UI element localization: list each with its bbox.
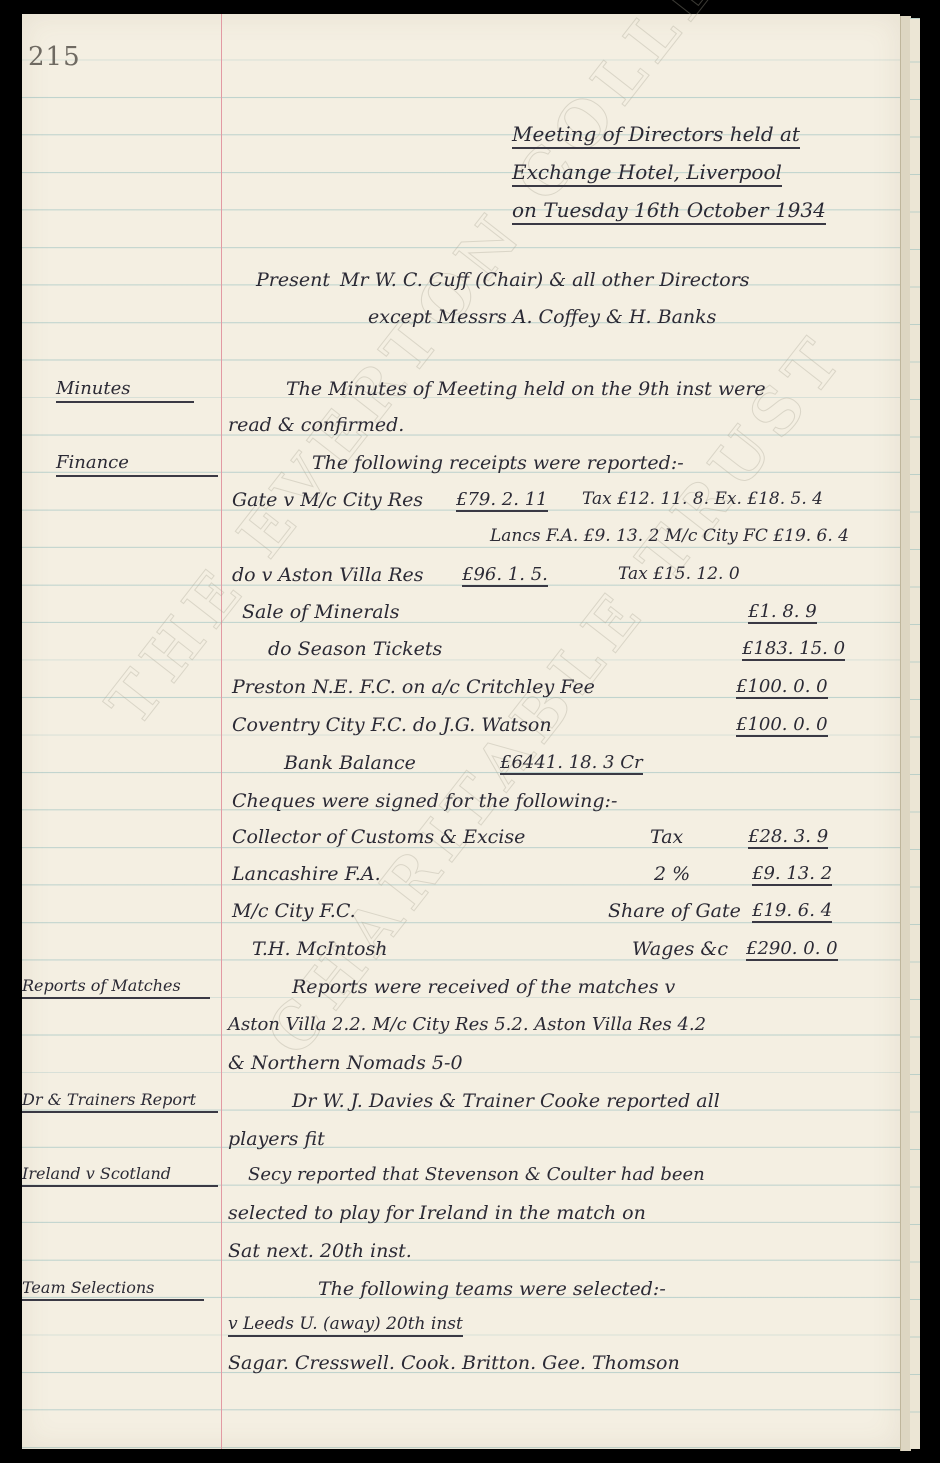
bank-balance-value: £6441. 18. 3 Cr [500, 752, 643, 773]
cheque-payee: T.H. McIntosh [252, 938, 387, 960]
cheque-amount: £19. 6. 4 [752, 900, 832, 921]
bank-balance-label: Bank Balance [284, 752, 416, 774]
margin-rule [221, 14, 222, 1449]
minutes-line2: read & confirmed. [228, 414, 404, 436]
cheque-purpose: Share of Gate [608, 900, 741, 922]
heading-team-selections: Team Selections [22, 1278, 204, 1301]
receipt-extra: Tax £15. 12. 0 [618, 564, 740, 584]
watermark-line1: THE EVERTON COLLECTION [92, 0, 912, 739]
receipt-desc: do Season Tickets [268, 638, 442, 660]
ireland-line2: selected to play for Ireland in the matc… [228, 1202, 646, 1224]
ireland-line1: Secy reported that Stevenson & Coulter h… [248, 1164, 705, 1185]
cheque-amount: £28. 3. 9 [748, 826, 828, 847]
fixture-leeds: v Leeds U. (away) 20th inst [228, 1314, 463, 1337]
heading-minutes: Minutes [56, 378, 194, 403]
present-label: Present [256, 269, 330, 291]
team-players: Sagar. Cresswell. Cook. Britton. Gee. Th… [228, 1352, 680, 1374]
cheque-amount: £290. 0. 0 [746, 938, 838, 959]
dr-report-line1: Dr W. J. Davies & Trainer Cooke reported… [292, 1090, 720, 1112]
next-page-edge [910, 18, 920, 1449]
receipt-desc: Preston N.E. F.C. on a/c Critchley Fee [232, 676, 595, 698]
reports-line2: Aston Villa 2.2. M/c City Res 5.2. Aston… [228, 1014, 706, 1035]
receipt-amount: £79. 2. 11 [456, 489, 548, 510]
heading-finance: Finance [56, 452, 218, 477]
meeting-title-line2: Exchange Hotel, Liverpool [512, 160, 782, 187]
dr-report-line2: players fit [228, 1128, 325, 1150]
ireland-line3: Sat next. 20th inst. [228, 1240, 412, 1262]
reports-line1: Reports were received of the matches v [292, 976, 675, 998]
receipt-desc: Gate v M/c City Res [232, 489, 423, 511]
heading-reports-of-matches: Reports of Matches [22, 976, 210, 999]
cheque-purpose: Tax [650, 826, 683, 848]
receipt-desc: Coventry City F.C. do J.G. Watson [232, 714, 552, 736]
cheque-purpose: 2 % [654, 863, 690, 885]
receipt-amount: £100. 0. 0 [736, 676, 828, 697]
receipt-amount: £183. 15. 0 [742, 638, 845, 659]
receipt-desc: do v Aston Villa Res [232, 564, 424, 586]
meeting-title-line3: on Tuesday 16th October 1934 [512, 198, 826, 225]
receipt-extra: Tax £12. 11. 8. Ex. £18. 5. 4 [582, 489, 823, 509]
team-selections-intro: The following teams were selected:- [318, 1278, 666, 1300]
receipt-amount: £100. 0. 0 [736, 714, 828, 735]
meeting-title-line1: Meeting of Directors held at [512, 122, 800, 149]
heading-dr-trainers-report: Dr & Trainers Report [22, 1090, 218, 1113]
receipt-extra: Lancs F.A. £9. 13. 2 M/c City FC £19. 6.… [490, 526, 849, 546]
ledger-page: THE EVERTON COLLECTION CHARITABLE TRUST … [22, 14, 900, 1449]
cheque-payee: M/c City F.C. [232, 900, 356, 922]
present-line1: Mr W. C. Cuff (Chair) & all other Direct… [340, 269, 750, 291]
cheque-amount: £9. 13. 2 [752, 863, 832, 884]
minutes-line1: The Minutes of Meeting held on the 9th i… [286, 378, 766, 400]
cheque-payee: Collector of Customs & Excise [232, 826, 525, 848]
reports-line3: & Northern Nomads 5-0 [228, 1052, 463, 1074]
cheque-purpose: Wages &c [632, 938, 728, 960]
receipt-amount: £96. 1. 5. [462, 564, 548, 585]
heading-ireland-v-scotland: Ireland v Scotland [22, 1164, 218, 1187]
cheque-payee: Lancashire F.A. [232, 863, 381, 885]
receipt-desc: Sale of Minerals [242, 601, 399, 623]
receipt-amount: £1. 8. 9 [748, 601, 817, 622]
page-number: 215 [28, 42, 81, 72]
cheques-intro: Cheques were signed for the following:- [232, 790, 617, 812]
present-line2: except Messrs A. Coffey & H. Banks [368, 306, 716, 328]
finance-intro: The following receipts were reported:- [312, 452, 684, 474]
